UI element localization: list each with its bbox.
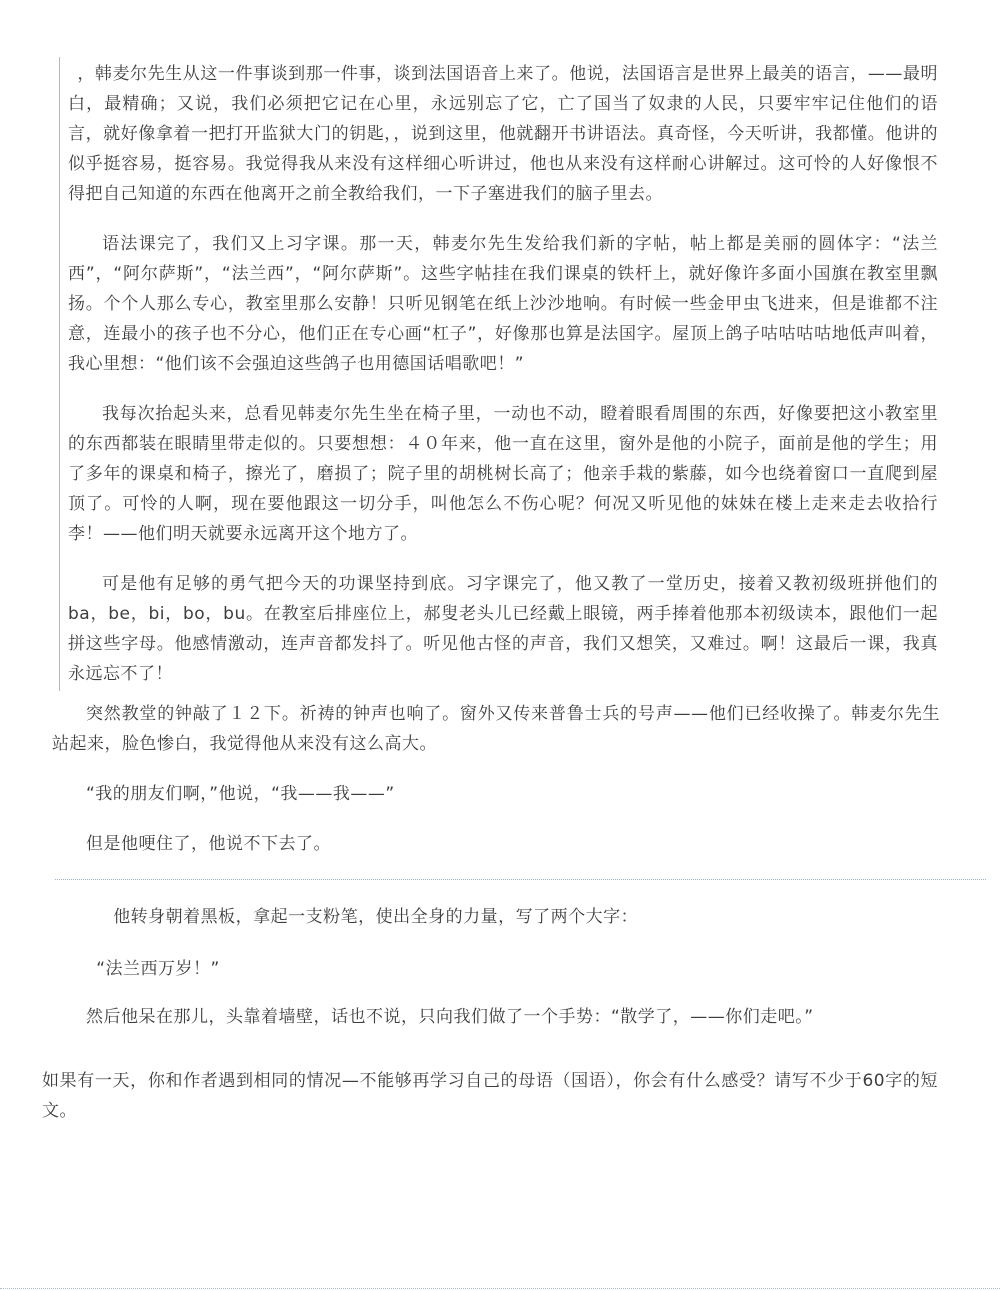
ending-paragraph-2: “法兰西万岁！” <box>52 954 940 984</box>
body-paragraph-3: 但是他哽住了，他说不下去了。 <box>52 829 940 859</box>
body-paragraph-2: “我的朋友们啊，”他说，“我——我——” <box>52 779 940 809</box>
quote-paragraph-4: 可是他有足够的勇气把今天的功课坚持到底。习字课完了，他又教了一堂历史，接着又教初… <box>68 569 938 689</box>
document-page: ，韩麦尔先生从这一件事谈到那一件事，谈到法国语音上来了。他说，法国语言是世界上最… <box>0 0 1000 1291</box>
writing-prompt-block: 如果有一天，你和作者遇到相同的情况—不能够再学习自己的母语（国语），你会有什么感… <box>42 1066 938 1126</box>
quote-paragraph-3: 我每次抬起头来，总看见韩麦尔先生坐在椅子里，一动也不动，瞪着眼看周围的东西，好像… <box>68 399 938 549</box>
quote-paragraph-1: ，韩麦尔先生从这一件事谈到那一件事，谈到法国语音上来了。他说，法国语言是世界上最… <box>68 59 938 209</box>
quoted-passage-block: ，韩麦尔先生从这一件事谈到那一件事，谈到法国语音上来了。他说，法国语言是世界上最… <box>59 57 938 691</box>
body-paragraph-1: 突然教堂的钟敲了１２下。祈祷的钟声也响了。窗外又传来普鲁士兵的号声——他们已经收… <box>52 699 940 759</box>
section-divider <box>55 879 986 880</box>
quote-paragraph-2: 语法课完了，我们又上习字课。那一天，韩麦尔先生发给我们新的字帖，帖上都是美丽的圆… <box>68 229 938 379</box>
writing-prompt-text: 如果有一天，你和作者遇到相同的情况—不能够再学习自己的母语（国语），你会有什么感… <box>42 1066 938 1126</box>
passage-body-block: 突然教堂的钟敲了１２下。祈祷的钟声也响了。窗外又传来普鲁士兵的号声——他们已经收… <box>52 699 940 859</box>
ending-paragraph-3: 然后他呆在那儿，头靠着墙壁，话也不说，只向我们做了一个手势：“散学了，——你们走… <box>52 1002 940 1032</box>
ending-paragraph-1: 他转身朝着黑板，拿起一支粉笔，使出全身的力量，写了两个大字： <box>52 902 940 932</box>
passage-ending-block: 他转身朝着黑板，拿起一支粉笔，使出全身的力量，写了两个大字： “法兰西万岁！” … <box>52 902 940 1032</box>
page-bottom-divider <box>0 1288 1000 1289</box>
